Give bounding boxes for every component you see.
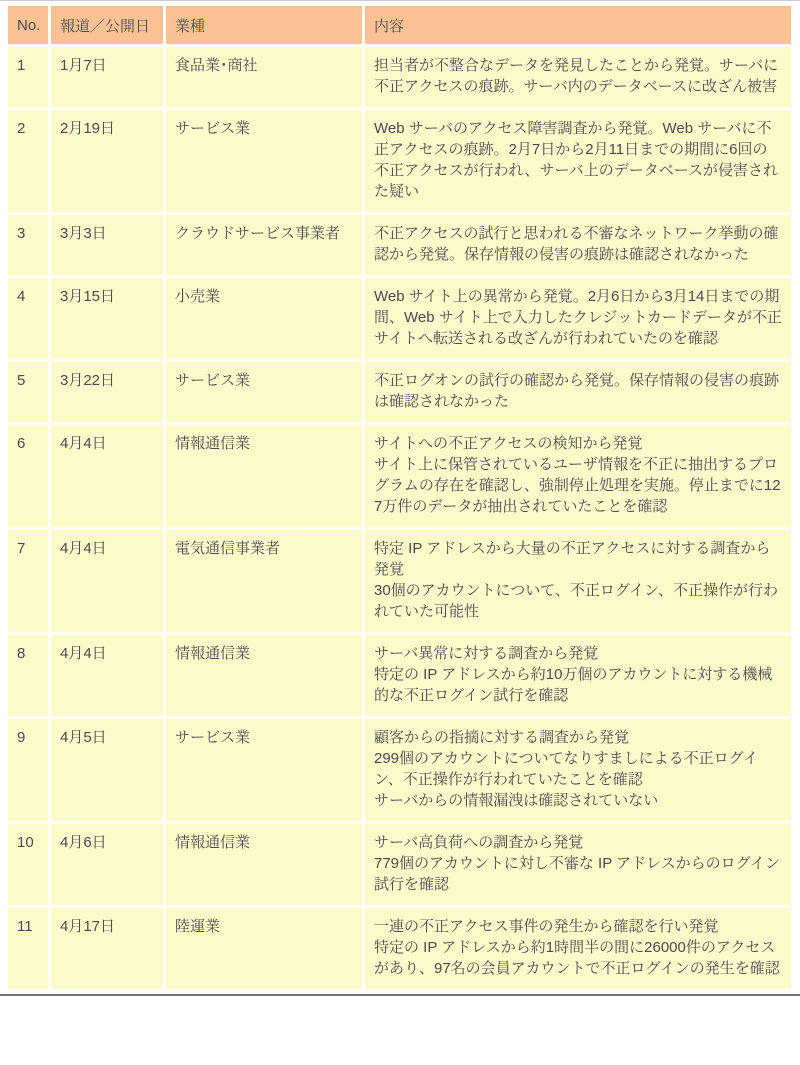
bottom-divider xyxy=(0,994,800,996)
cell-no: 3 xyxy=(8,215,48,275)
content-paragraph: 299個のアカウントについてなりすましによる不正ログイン、不正操作が行われていた… xyxy=(374,748,782,790)
cell-content: サーバ異常に対する調査から発覚特定の IP アドレスから約10万個のアカウントに… xyxy=(365,635,791,716)
cell-content: Web サイト上の異常から発覚。2月6日から3月14日までの期間、Web サイト… xyxy=(365,278,791,359)
cell-date: 3月15日 xyxy=(51,278,163,359)
cell-industry: 陸運業 xyxy=(166,908,362,989)
table-row: 2 2月19日 サービス業 Web サーバのアクセス障害調査から発覚。Web サ… xyxy=(8,110,791,212)
content-paragraph: 30個のアカウントについて、不正ログイン、不正操作が行われていた可能性 xyxy=(374,580,782,622)
cell-content: 特定 IP アドレスから大量の不正アクセスに対する調査から発覚30個のアカウント… xyxy=(365,530,791,632)
table-row: 11 4月17日 陸運業 一連の不正アクセス事件の発生から確認を行い発覚特定の … xyxy=(8,908,791,989)
cell-content: 不正アクセスの試行と思われる不審なネットワーク挙動の確認から発覚。保存情報の侵害… xyxy=(365,215,791,275)
page: No. 報道／公開日 業種 内容 1 1月7日 食品業･商社 担当者が不整合なデ… xyxy=(0,0,800,996)
cell-date: 4月4日 xyxy=(51,530,163,632)
cell-industry: サービス業 xyxy=(166,110,362,212)
cell-no: 2 xyxy=(8,110,48,212)
content-paragraph: 不正ログオンの試行の確認から発覚。保存情報の侵害の痕跡は確認されなかった xyxy=(374,370,782,412)
content-paragraph: Web サーバのアクセス障害調査から発覚。Web サーバに不正アクセスの痕跡。2… xyxy=(374,118,782,202)
cell-date: 4月6日 xyxy=(51,824,163,905)
content-paragraph: 担当者が不整合なデータを発見したことから発覚。サーバに不正アクセスの痕跡。サーバ… xyxy=(374,55,782,97)
cell-no: 10 xyxy=(8,824,48,905)
cell-no: 6 xyxy=(8,425,48,527)
table-row: 6 4月4日 情報通信業 サイトへの不正アクセスの検知から発覚サイト上に保管され… xyxy=(8,425,791,527)
cell-no: 5 xyxy=(8,362,48,422)
content-paragraph: 不正アクセスの試行と思われる不審なネットワーク挙動の確認から発覚。保存情報の侵害… xyxy=(374,223,782,265)
cell-content: 不正ログオンの試行の確認から発覚。保存情報の侵害の痕跡は確認されなかった xyxy=(365,362,791,422)
content-paragraph: 特定 IP アドレスから大量の不正アクセスに対する調査から発覚 xyxy=(374,538,782,580)
content-paragraph: 一連の不正アクセス事件の発生から確認を行い発覚 xyxy=(374,916,782,937)
cell-date: 4月17日 xyxy=(51,908,163,989)
content-paragraph: Web サイト上の異常から発覚。2月6日から3月14日までの期間、Web サイト… xyxy=(374,286,782,349)
cell-industry: サービス業 xyxy=(166,362,362,422)
cell-content: サーバ高負荷への調査から発覚779個のアカウントに対し不審な IP アドレスから… xyxy=(365,824,791,905)
cell-content: 一連の不正アクセス事件の発生から確認を行い発覚特定の IP アドレスから約1時間… xyxy=(365,908,791,989)
table-body: 1 1月7日 食品業･商社 担当者が不整合なデータを発見したことから発覚。サーバ… xyxy=(8,47,791,989)
cell-date: 4月4日 xyxy=(51,635,163,716)
content-paragraph: 顧客からの指摘に対する調査から発覚 xyxy=(374,727,782,748)
cell-date: 1月7日 xyxy=(51,47,163,107)
cell-industry: 情報通信業 xyxy=(166,425,362,527)
column-header-date: 報道／公開日 xyxy=(51,6,163,44)
cell-date: 2月19日 xyxy=(51,110,163,212)
table-row: 4 3月15日 小売業 Web サイト上の異常から発覚。2月6日から3月14日ま… xyxy=(8,278,791,359)
cell-content: サイトへの不正アクセスの検知から発覚サイト上に保管されているユーザ情報を不正に抽… xyxy=(365,425,791,527)
cell-date: 3月22日 xyxy=(51,362,163,422)
table-row: 9 4月5日 サービス業 顧客からの指摘に対する調査から発覚299個のアカウント… xyxy=(8,719,791,821)
incident-table: No. 報道／公開日 業種 内容 1 1月7日 食品業･商社 担当者が不整合なデ… xyxy=(5,3,794,992)
content-paragraph: サーバ異常に対する調査から発覚 xyxy=(374,643,782,664)
cell-content: Web サーバのアクセス障害調査から発覚。Web サーバに不正アクセスの痕跡。2… xyxy=(365,110,791,212)
cell-no: 7 xyxy=(8,530,48,632)
table-header-row: No. 報道／公開日 業種 内容 xyxy=(8,6,791,44)
table-row: 7 4月4日 電気通信事業者 特定 IP アドレスから大量の不正アクセスに対する… xyxy=(8,530,791,632)
table-row: 3 3月3日 クラウドサービス事業者 不正アクセスの試行と思われる不審なネットワ… xyxy=(8,215,791,275)
content-paragraph: 特定の IP アドレスから約1時間半の間に26000件のアクセスがあり、97名の… xyxy=(374,937,782,979)
cell-no: 11 xyxy=(8,908,48,989)
table-row: 5 3月22日 サービス業 不正ログオンの試行の確認から発覚。保存情報の侵害の痕… xyxy=(8,362,791,422)
content-paragraph: サイト上に保管されているユーザ情報を不正に抽出するプログラムの存在を確認し、強制… xyxy=(374,454,782,517)
cell-no: 4 xyxy=(8,278,48,359)
cell-no: 8 xyxy=(8,635,48,716)
cell-industry: 情報通信業 xyxy=(166,635,362,716)
table-row: 8 4月4日 情報通信業 サーバ異常に対する調査から発覚特定の IP アドレスか… xyxy=(8,635,791,716)
cell-content: 顧客からの指摘に対する調査から発覚299個のアカウントについてなりすましによる不… xyxy=(365,719,791,821)
cell-date: 4月5日 xyxy=(51,719,163,821)
cell-industry: 小売業 xyxy=(166,278,362,359)
column-header-no: No. xyxy=(8,6,48,44)
table-row: 1 1月7日 食品業･商社 担当者が不整合なデータを発見したことから発覚。サーバ… xyxy=(8,47,791,107)
cell-date: 3月3日 xyxy=(51,215,163,275)
cell-content: 担当者が不整合なデータを発見したことから発覚。サーバに不正アクセスの痕跡。サーバ… xyxy=(365,47,791,107)
cell-industry: サービス業 xyxy=(166,719,362,821)
cell-industry: 食品業･商社 xyxy=(166,47,362,107)
column-header-industry: 業種 xyxy=(166,6,362,44)
column-header-content: 内容 xyxy=(365,6,791,44)
top-divider xyxy=(0,0,800,1)
cell-industry: 電気通信事業者 xyxy=(166,530,362,632)
table-row: 10 4月6日 情報通信業 サーバ高負荷への調査から発覚779個のアカウントに対… xyxy=(8,824,791,905)
content-paragraph: 779個のアカウントに対し不審な IP アドレスからのログイン試行を確認 xyxy=(374,853,782,895)
content-paragraph: サイトへの不正アクセスの検知から発覚 xyxy=(374,433,782,454)
cell-date: 4月4日 xyxy=(51,425,163,527)
cell-industry: クラウドサービス事業者 xyxy=(166,215,362,275)
cell-industry: 情報通信業 xyxy=(166,824,362,905)
content-paragraph: サーバからの情報漏洩は確認されていない xyxy=(374,790,782,811)
content-paragraph: 特定の IP アドレスから約10万個のアカウントに対する機械的な不正ログイン試行… xyxy=(374,664,782,706)
cell-no: 9 xyxy=(8,719,48,821)
cell-no: 1 xyxy=(8,47,48,107)
content-paragraph: サーバ高負荷への調査から発覚 xyxy=(374,832,782,853)
